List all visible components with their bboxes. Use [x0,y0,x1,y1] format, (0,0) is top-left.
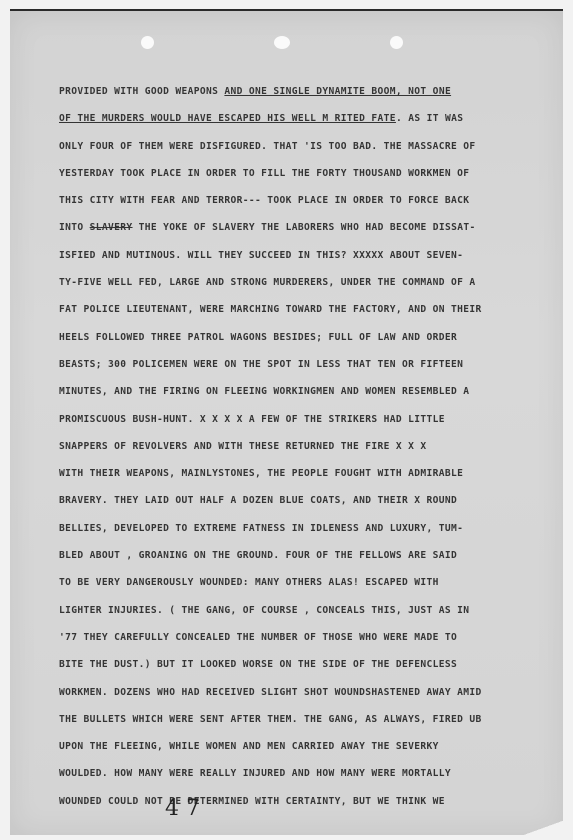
underlined-text: AND ONE SINGLE DYNAMITE BOOM, NOT ONE [224,86,451,97]
text-segment: BRAVERY. THEY LAID OUT HALF A DOZEN BLUE… [59,495,457,506]
text-segment: BLED ABOUT , GROANING ON THE GROUND. FOU… [59,550,457,561]
text-segment: YESTERDAY TOOK PLACE IN ORDER TO FILL TH… [59,168,469,179]
text-line: LIGHTER INJURIES. ( THE GANG, OF COURSE … [59,597,549,624]
text-segment: THE YOKE OF SLAVERY THE LABORERS WHO HAD… [133,222,476,233]
punch-hole-right [390,36,403,49]
text-segment: INTO [59,222,90,233]
text-line: MINUTES, AND THE FIRING ON FLEEING WORKI… [59,378,549,405]
text-segment: PROVIDED WITH GOOD WEAPONS [59,86,224,97]
text-segment: TY-FIVE WELL FED, LARGE AND STRONG MURDE… [59,277,476,288]
handwritten-page-number: 4 7 [165,796,200,821]
text-line: WOULDED. HOW MANY WERE REALLY INJURED AN… [59,760,549,787]
text-line: WOUNDED COULD NOT BE DETERMINED WITH CER… [59,788,549,815]
text-line: PROMISCUOUS BUSH-HUNT. X X X X A FEW OF … [59,406,549,433]
text-line: BLED ABOUT , GROANING ON THE GROUND. FOU… [59,542,549,569]
text-line: ISFIED AND MUTINOUS. WILL THEY SUCCEED I… [59,242,549,269]
text-line: TY-FIVE WELL FED, LARGE AND STRONG MURDE… [59,269,549,296]
text-line: SNAPPERS OF REVOLVERS AND WITH THESE RET… [59,433,549,460]
text-line: WORKMEN. DOZENS WHO HAD RECEIVED SLIGHT … [59,679,549,706]
text-segment: PROMISCUOUS BUSH-HUNT. X X X X A FEW OF … [59,414,445,425]
text-line: '77 THEY CAREFULLY CONCEALED THE NUMBER … [59,624,549,651]
text-line: PROVIDED WITH GOOD WEAPONS AND ONE SINGL… [59,78,549,105]
text-segment: SNAPPERS OF REVOLVERS AND WITH THESE RET… [59,441,427,452]
text-segment: BELLIES, DEVELOPED TO EXTREME FATNESS IN… [59,523,463,534]
punch-hole-center [274,36,290,49]
typewritten-page: PROVIDED WITH GOOD WEAPONS AND ONE SINGL… [10,9,563,835]
text-segment: WOULDED. HOW MANY WERE REALLY INJURED AN… [59,768,451,779]
text-segment: BITE THE DUST.) BUT IT LOOKED WORSE ON T… [59,659,457,670]
text-segment: WITH THEIR WEAPONS, MAINLYSTONES, THE PE… [59,468,463,479]
text-segment: THE BULLETS WHICH WERE SENT AFTER THEM. … [59,714,482,725]
typed-text-body: PROVIDED WITH GOOD WEAPONS AND ONE SINGL… [59,78,549,815]
text-segment: BEASTS; 300 POLICEMEN WERE ON THE SPOT I… [59,359,463,370]
text-line: FAT POLICE LIEUTENANT, WERE MARCHING TOW… [59,296,549,323]
text-segment: UPON THE FLEEING, WHILE WOMEN AND MEN CA… [59,741,439,752]
text-segment: FAT POLICE LIEUTENANT, WERE MARCHING TOW… [59,304,482,315]
text-segment: WORKMEN. DOZENS WHO HAD RECEIVED SLIGHT … [59,687,482,698]
text-segment: ISFIED AND MUTINOUS. WILL THEY SUCCEED I… [59,250,463,261]
text-segment: WOUNDED COULD NOT BE DETERMINED WITH CER… [59,796,445,807]
text-segment: THIS CITY WITH FEAR AND TERROR--- TOOK P… [59,195,469,206]
text-line: INTO SLAVERY THE YOKE OF SLAVERY THE LAB… [59,214,549,241]
text-line: UPON THE FLEEING, WHILE WOMEN AND MEN CA… [59,733,549,760]
text-line: HEELS FOLLOWED THREE PATROL WAGONS BESID… [59,324,549,351]
text-line: YESTERDAY TOOK PLACE IN ORDER TO FILL TH… [59,160,549,187]
text-segment: '77 THEY CAREFULLY CONCEALED THE NUMBER … [59,632,457,643]
text-line: THE BULLETS WHICH WERE SENT AFTER THEM. … [59,706,549,733]
text-line: WITH THEIR WEAPONS, MAINLYSTONES, THE PE… [59,460,549,487]
text-segment: . AS IT WAS [396,113,463,124]
punch-hole-left [141,36,154,49]
text-segment: ONLY FOUR OF THEM WERE DISFIGURED. THAT … [59,141,476,152]
text-segment: HEELS FOLLOWED THREE PATROL WAGONS BESID… [59,332,457,343]
text-line: BITE THE DUST.) BUT IT LOOKED WORSE ON T… [59,651,549,678]
text-segment: TO BE VERY DANGEROUSLY WOUNDED: MANY OTH… [59,577,439,588]
underlined-text: OF THE MURDERS WOULD HAVE ESCAPED HIS WE… [59,113,396,124]
text-line: OF THE MURDERS WOULD HAVE ESCAPED HIS WE… [59,105,549,132]
struck-text: SLAVERY [90,222,133,233]
text-line: BRAVERY. THEY LAID OUT HALF A DOZEN BLUE… [59,487,549,514]
text-line: TO BE VERY DANGEROUSLY WOUNDED: MANY OTH… [59,569,549,596]
text-line: BELLIES, DEVELOPED TO EXTREME FATNESS IN… [59,515,549,542]
text-line: ONLY FOUR OF THEM WERE DISFIGURED. THAT … [59,133,549,160]
text-segment: MINUTES, AND THE FIRING ON FLEEING WORKI… [59,386,469,397]
text-line: BEASTS; 300 POLICEMEN WERE ON THE SPOT I… [59,351,549,378]
text-segment: LIGHTER INJURIES. ( THE GANG, OF COURSE … [59,605,469,616]
text-line: THIS CITY WITH FEAR AND TERROR--- TOOK P… [59,187,549,214]
